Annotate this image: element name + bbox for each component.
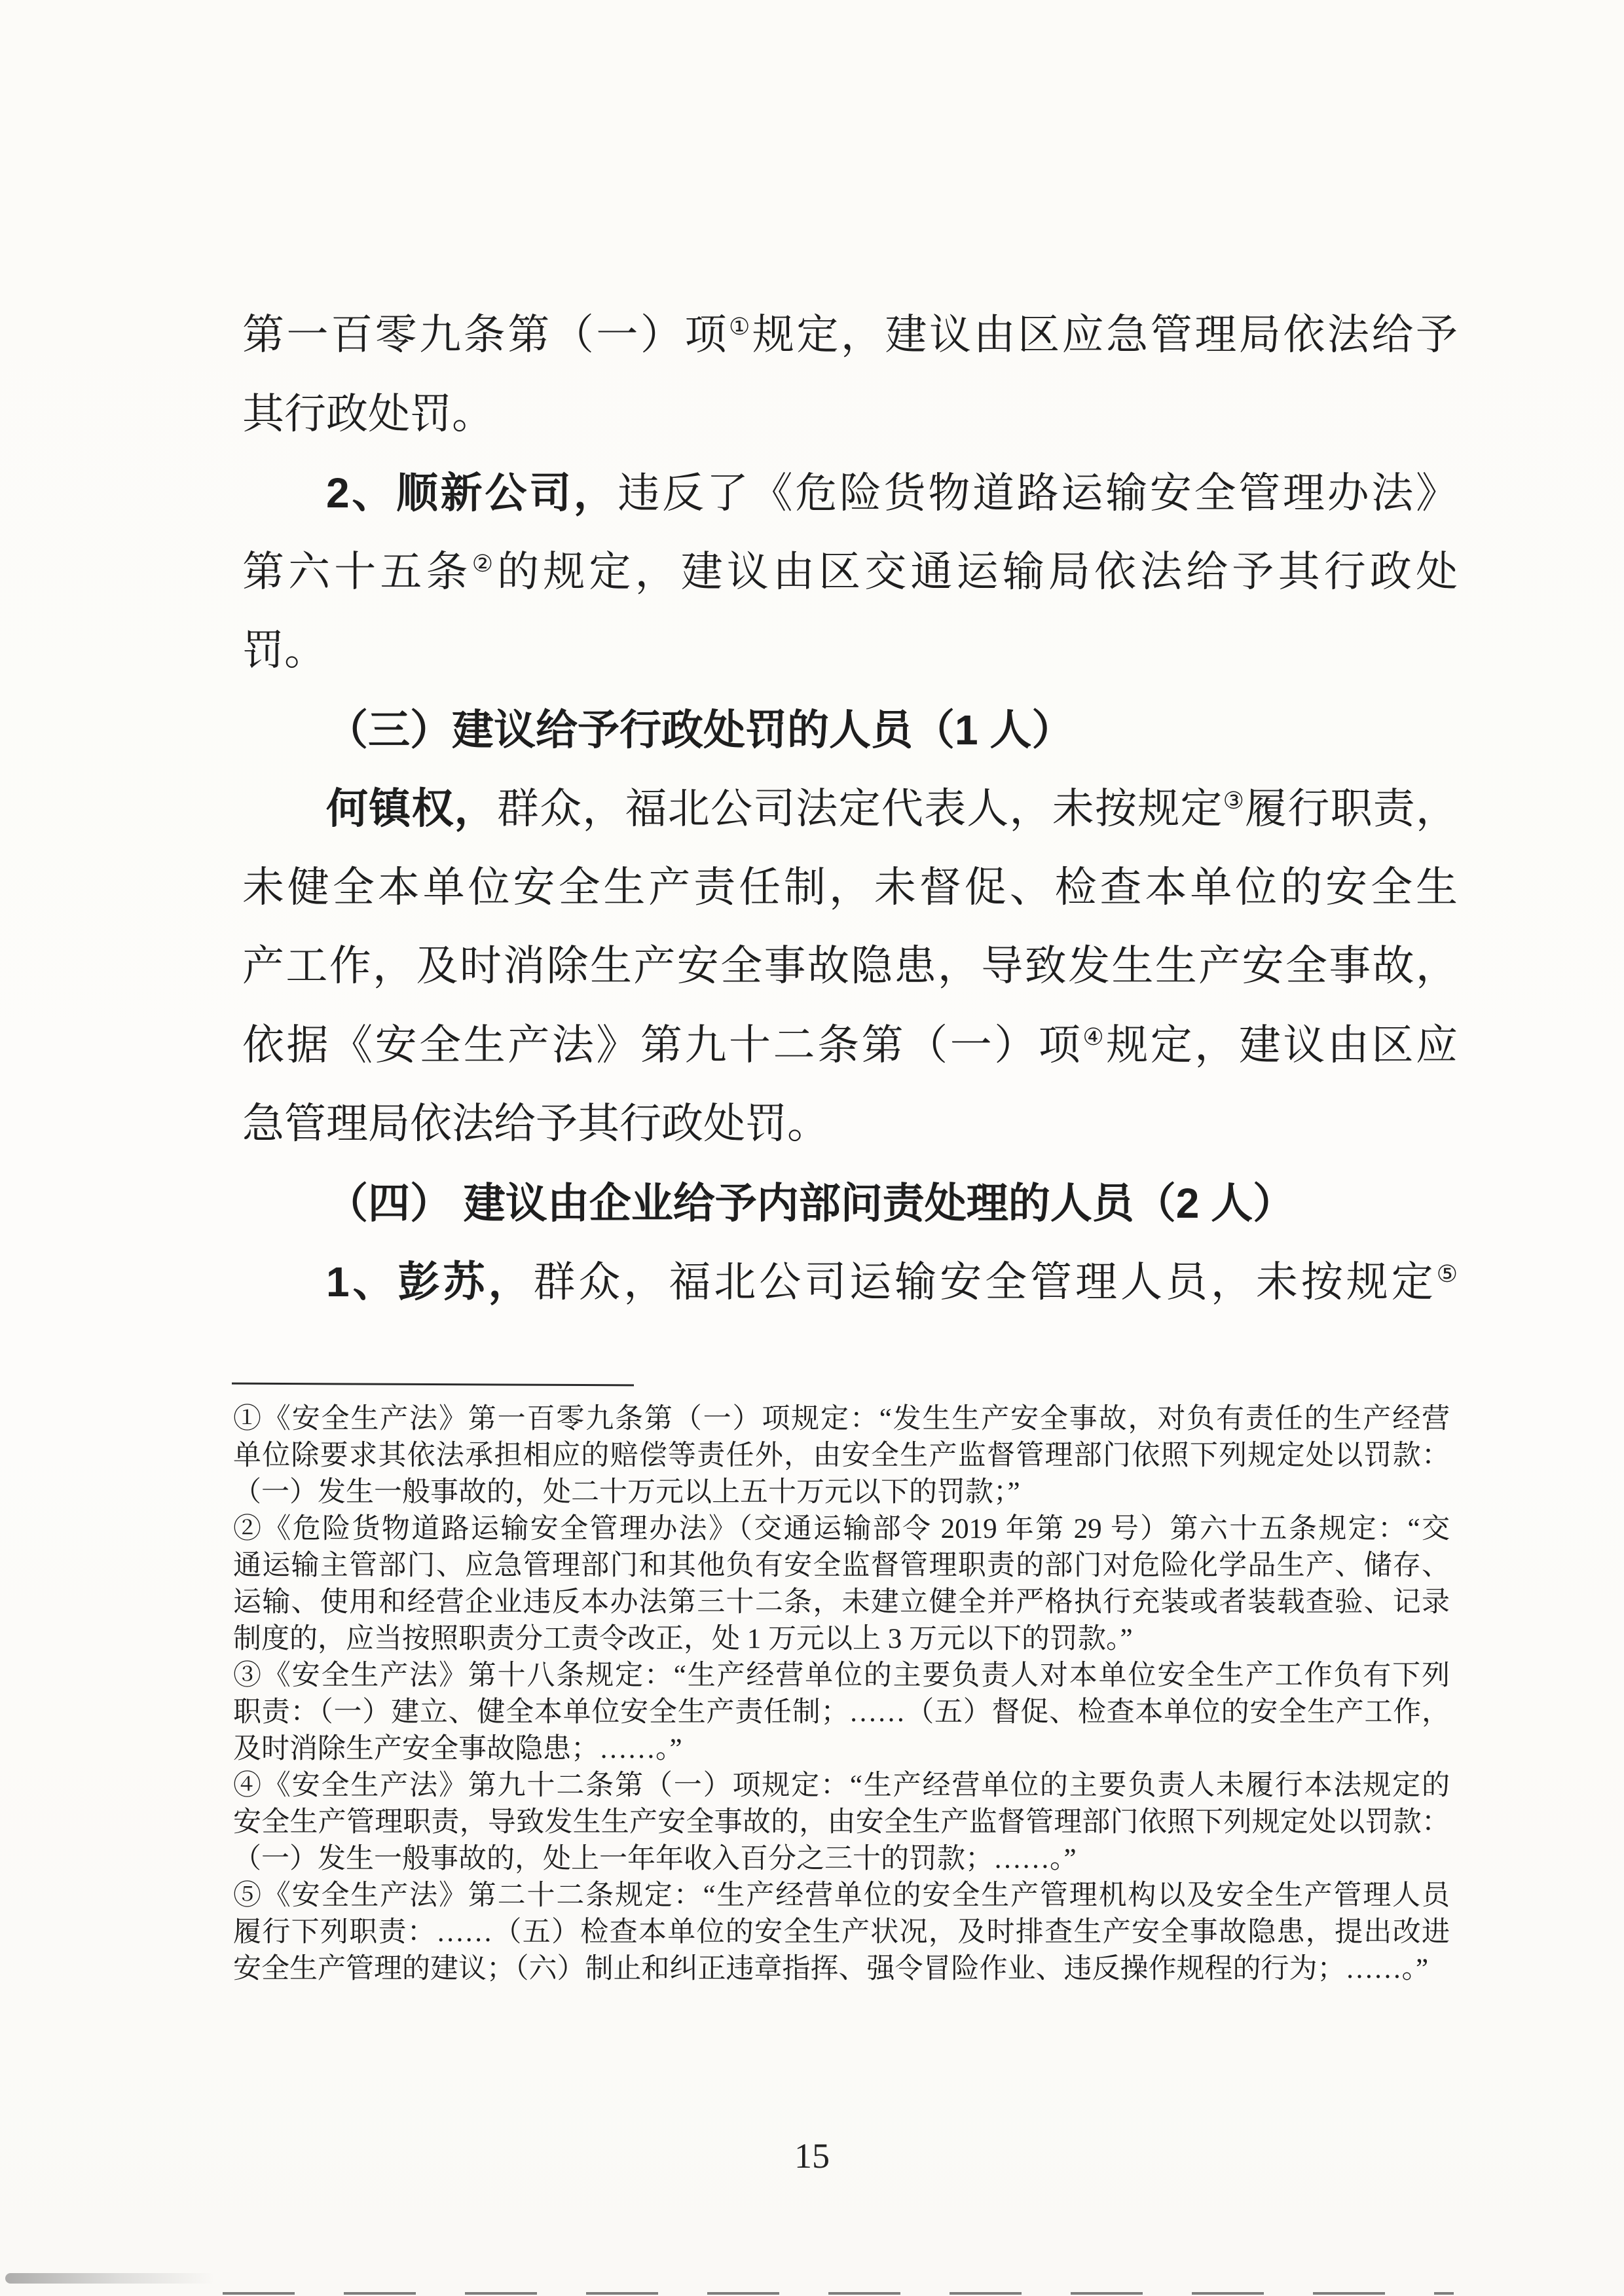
- body-line: 其行政处罚。: [242, 375, 1458, 454]
- body-line: 第一百零九条第（一）项①规定，建议由区应急管理局依法给予: [242, 296, 1458, 375]
- body-line: 产工作，及时消除生产安全事故隐患，导致发生生产安全事故，: [242, 927, 1458, 1006]
- body-text-segment: 违反了《危险货物道路运输安全管理办法》: [618, 470, 1458, 517]
- body-line: 罚。: [242, 611, 1458, 691]
- body-text-segment: 产工作，及时消除生产安全事故隐患，导致发生生产安全事故，: [242, 943, 1458, 989]
- footnote-reference-mark: ④: [1082, 1024, 1106, 1050]
- body-text-segment: 其行政处罚。: [242, 391, 494, 437]
- body-text-segment: （三）建议给予行政处罚的人员（1 人）: [326, 706, 1073, 754]
- footnote-reference-mark: ②: [472, 551, 497, 577]
- footnote-line: 运输、使用和经营企业违反本办法第三十二条，未建立健全并严格执行充装或者装载查验、…: [233, 1584, 1450, 1621]
- footnotes: ①《安全生产法》第一百零九条第（一）项规定：“发生生产安全事故，对负有责任的生产…: [233, 1401, 1450, 1988]
- footnote-line: 履行下列职责：……（五）检查本单位的安全生产状况，及时排查生产安全事故隐患，提出…: [233, 1914, 1450, 1951]
- scan-smudge-artifact: [5, 2273, 215, 2284]
- footnote-reference-mark: ③: [1223, 788, 1246, 814]
- body-text-segment: 群众，福北公司法定代表人，未按规定: [497, 786, 1223, 832]
- footnote-reference-mark: ⑤: [1437, 1261, 1458, 1287]
- page-number: 15: [0, 2136, 1624, 2176]
- body-text-segment: 何镇权，: [326, 785, 497, 832]
- body-text-segment: 第六十五条: [242, 549, 472, 595]
- footnote-line: ⑤《安全生产法》第二十二条规定：“生产经营单位的安全生产管理机构以及安全生产管理…: [233, 1878, 1450, 1914]
- body-line: 何镇权，群众，福北公司法定代表人，未按规定③履行职责，: [242, 769, 1458, 848]
- footnote-line: ④《安全生产法》第九十二条第（一）项规定：“生产经营单位的主要负责人未履行本法规…: [233, 1768, 1450, 1804]
- body-text-segment: 1、彭苏，: [326, 1258, 533, 1305]
- body-text-segment: 依据《安全生产法》第九十二条第（一）项: [242, 1022, 1082, 1068]
- body-text-segment: 履行职责，: [1245, 786, 1458, 832]
- footnote-line: （一）发生一般事故的，处二十万元以上五十万元以下的罚款；”: [233, 1474, 1450, 1511]
- footnote-line: 通运输主管部门、应急管理部门和其他负有安全监督管理职责的部门对危险化学品生产、储…: [233, 1548, 1450, 1584]
- body-line: （三）建议给予行政处罚的人员（1 人）: [242, 691, 1458, 770]
- body-text-segment: 未健全本单位安全生产责任制，未督促、检查本单位的安全生: [242, 864, 1458, 911]
- body-line: 2、顺新公司，违反了《危险货物道路运输安全管理办法》: [242, 454, 1458, 533]
- footnote-line: 职责：（一）建立、健全本单位安全生产责任制；……（五）督促、检查本单位的安全生产…: [233, 1694, 1450, 1731]
- footnote-line: 单位除要求其依法承担相应的赔偿等责任外，由安全生产监督管理部门依照下列规定处以罚…: [233, 1438, 1450, 1474]
- footnote-line: 安全生产管理职责，导致发生生产安全事故的，由安全生产监督管理部门依照下列规定处以…: [233, 1804, 1450, 1841]
- body-line: 第六十五条②的规定，建议由区交通运输局依法给予其行政处: [242, 533, 1458, 612]
- footnote-reference-mark: ①: [729, 314, 752, 340]
- body-text-segment: 的规定，建议由区交通运输局依法给予其行政处: [497, 549, 1458, 595]
- body-text-segment: 规定，建议由区应: [1106, 1022, 1458, 1068]
- body-line: 急管理局依法给予其行政处罚。: [242, 1085, 1458, 1164]
- footnote-line: （一）发生一般事故的，处上一年年收入百分之三十的罚款；……。”: [233, 1841, 1450, 1878]
- body-text-segment: 群众，福北公司运输安全管理人员，未按规定: [533, 1259, 1436, 1305]
- body-line: 未健全本单位安全生产责任制，未督促、检查本单位的安全生: [242, 848, 1458, 928]
- footnote-line: 制度的，应当按照职责分工责令改正，处 1 万元以上 3 万元以下的罚款。”: [233, 1621, 1450, 1658]
- scanned-document-page: 第一百零九条第（一）项①规定，建议由区应急管理局依法给予其行政处罚。2、顺新公司…: [0, 0, 1624, 2296]
- body-text-segment: 规定，建议由区应急管理局依法给予: [752, 312, 1458, 358]
- scan-edge-artifact: [223, 2292, 1454, 2295]
- footnote-line: 安全生产管理的建议；（六）制止和纠正违章指挥、强令冒险作业、违反操作规程的行为；…: [233, 1951, 1450, 1988]
- body-text-segment: 罚。: [242, 627, 326, 674]
- body-text-segment: 2、顺新公司，: [326, 469, 618, 517]
- body-line: （四） 建议由企业给予内部问责处理的人员（2 人）: [242, 1164, 1458, 1243]
- footnote-line: ②《危险货物道路运输安全管理办法》（交通运输部令 2019 年第 29 号）第六…: [233, 1511, 1450, 1548]
- body-text-segment: 第一百零九条第（一）项: [242, 312, 729, 358]
- footnote-line: ③《安全生产法》第十八条规定：“生产经营单位的主要负责人对本单位安全生产工作负有…: [233, 1658, 1450, 1694]
- body-text-segment: （四） 建议由企业给予内部问责处理的人员（2 人）: [326, 1180, 1295, 1227]
- footnote-separator-rule: [232, 1383, 634, 1387]
- footnote-line: ①《安全生产法》第一百零九条第（一）项规定：“发生生产安全事故，对负有责任的生产…: [233, 1401, 1450, 1438]
- body-line: 依据《安全生产法》第九十二条第（一）项④规定，建议由区应: [242, 1006, 1458, 1085]
- document-body: 第一百零九条第（一）项①规定，建议由区应急管理局依法给予其行政处罚。2、顺新公司…: [242, 296, 1458, 1322]
- body-line: 1、彭苏，群众，福北公司运输安全管理人员，未按规定⑤: [242, 1243, 1458, 1322]
- body-text-segment: 急管理局依法给予其行政处罚。: [242, 1101, 829, 1147]
- footnote-line: 及时消除生产安全事故隐患；……。”: [233, 1731, 1450, 1768]
